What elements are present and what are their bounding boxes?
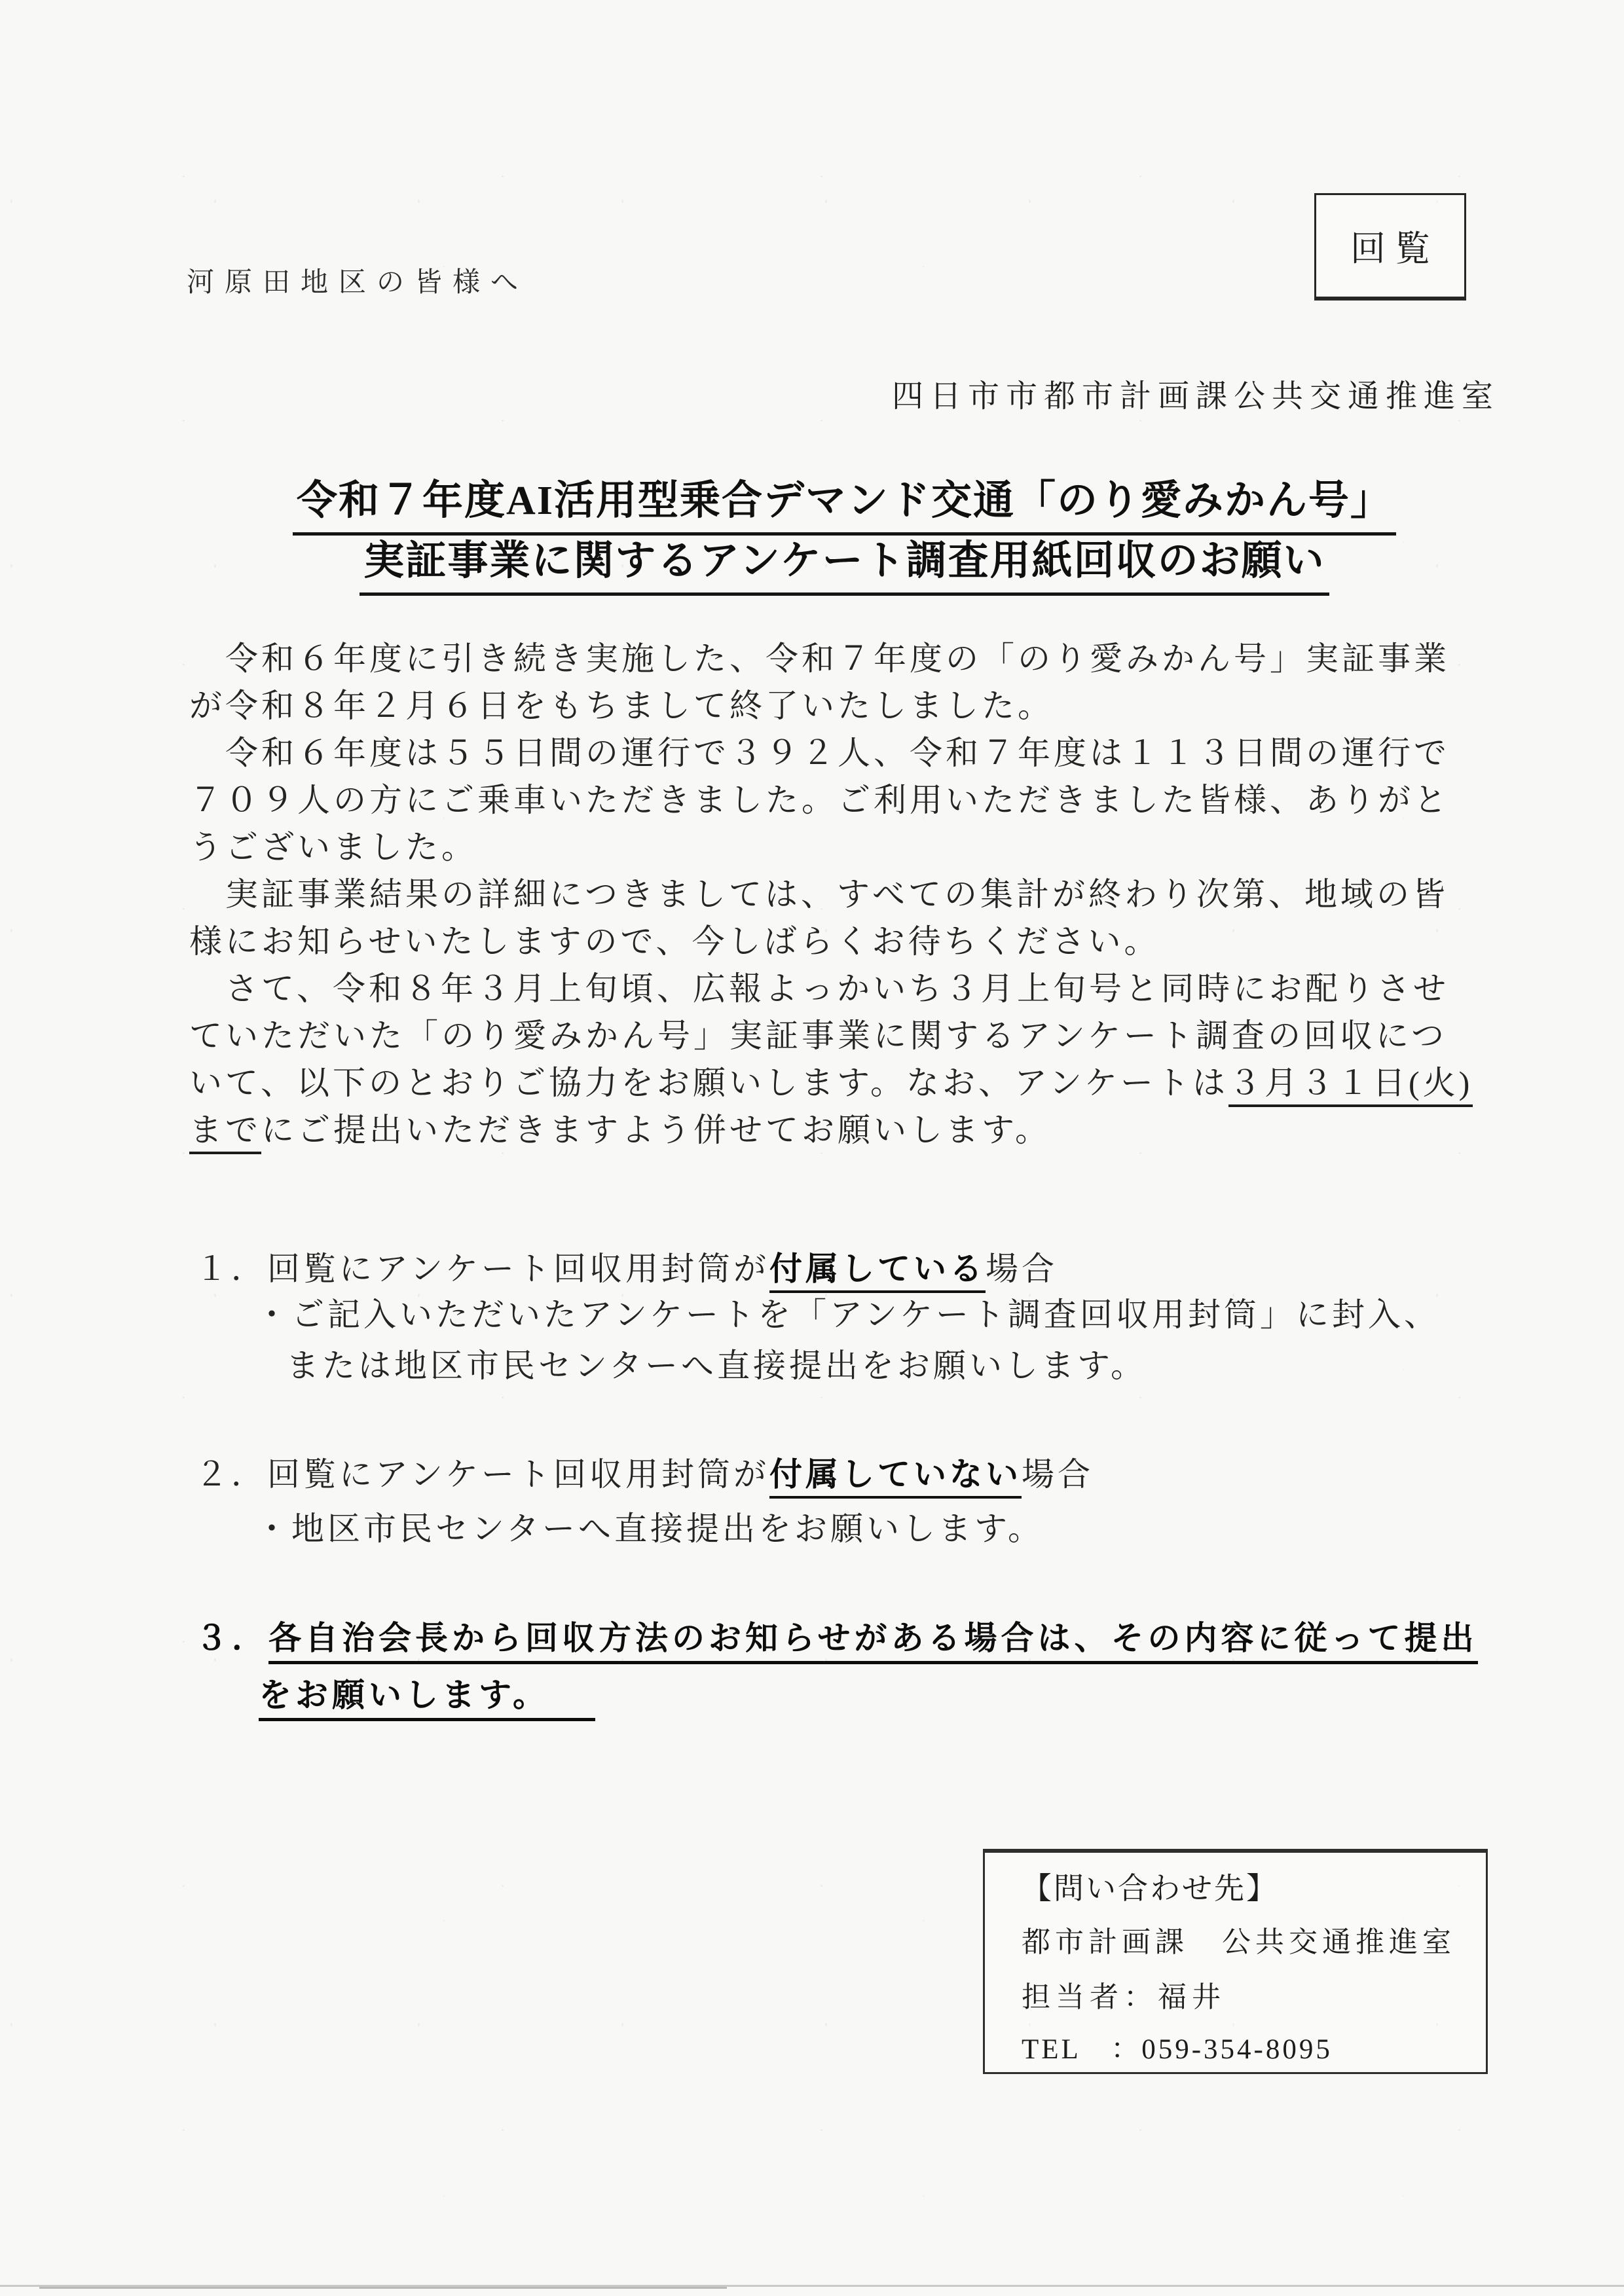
contact-heading: 【問い合わせ先】: [1022, 1865, 1278, 1908]
body-line-8: さて、令和８年３月上旬頃、広報よっかいち３月上旬号と同時にお配りさせ: [189, 962, 1449, 1010]
document-title-line-1-wrap: 令和７年度AI活用型乗合デマンド交通「のり愛みかん号」: [189, 467, 1500, 536]
list-item-3-line-1: ３．各自治会長から回収方法のお知らせがある場合は、その内容に従って提出: [195, 1612, 1478, 1659]
list-item-1-number: １．: [195, 1250, 267, 1287]
list-item-1-emphasis: 付属している: [769, 1250, 986, 1293]
body-line-3: 令和６年度は５５日間の運行で３９２人、令和７年度は１１３日間の運行で: [189, 727, 1450, 774]
body-line-4: ７０９人の方にご乗車いただきました。ご利用いただきました皆様、ありがと: [189, 774, 1450, 821]
list-item-1-pre: 回覧にアンケート回収用封筒が: [267, 1250, 769, 1287]
body-line-5: うございました。: [189, 821, 477, 868]
list-item-1-post: 場合: [986, 1250, 1058, 1287]
document-title-line-1: 令和７年度AI活用型乗合デマンド交通「のり愛みかん号」: [293, 467, 1396, 536]
list-item-1-heading: １．回覧にアンケート回収用封筒が付属している場合: [195, 1243, 1058, 1290]
document-title-line-2: 実証事業に関するアンケート調査用紙回収のお願い: [360, 528, 1329, 596]
list-item-2-heading: ２．回覧にアンケート回収用封筒が付属していない場合: [195, 1448, 1094, 1495]
contact-person: 担当者：福井: [1022, 1973, 1226, 2015]
document-title-line-2-wrap: 実証事業に関するアンケート調査用紙回収のお願い: [189, 528, 1500, 596]
list-item-1-bullet-line-2: または地区市民センターへ直接提出をお願いします。: [286, 1339, 1147, 1387]
body-line-7: 様にお知らせいたしますので、今しばらくお待ちください。: [189, 915, 1160, 962]
list-item-2-number: ２．: [195, 1456, 267, 1493]
list-item-3-number: ３．: [195, 1620, 268, 1656]
contact-phone: TEL ：059-354-8095: [1022, 2027, 1333, 2067]
list-item-2-emphasis: 付属していない: [769, 1456, 1022, 1499]
list-item-2-bullet-line-1: ・地区市民センターへ直接提出をお願いします。: [255, 1503, 1044, 1550]
list-item-1-bullet-line-1: ・ご記入いただいたアンケートを「アンケート調査回収用封筒」に封入、: [255, 1288, 1440, 1336]
circulation-stamp-box: 回覧: [1314, 193, 1466, 301]
scanned-notice-page: 河原田地区の皆様へ 回覧 四日市市都市計画課公共交通推進室 令和７年度AI活用型…: [0, 0, 1624, 2296]
body-line-6: 実証事業結果の詳細につきましては、すべての集計が終わり次第、地域の皆: [189, 868, 1449, 915]
contact-department: 都市計画課 公共交通推進室: [1022, 1918, 1456, 1960]
body-line-1: 令和６年度に引き続き実施した、令和７年度の「のり愛みかん号」実証事業: [189, 632, 1450, 680]
body-line-9: ていただいた「のり愛みかん号」実証事業に関するアンケート調査の回収につ: [189, 1010, 1447, 1057]
list-item-3-text-underlined: 各自治会長から回収方法のお知らせがある場合は、その内容に従って提出: [268, 1620, 1478, 1664]
contact-box: 【問い合わせ先】 都市計画課 公共交通推進室 担当者：福井 TEL ：059-3…: [983, 1849, 1488, 2074]
body-line-11-text: にご提出いただきますよう併せてお願いします。: [261, 1112, 1051, 1148]
list-item-2-pre: 回覧にアンケート回収用封筒が: [267, 1456, 769, 1493]
scan-edge-artifact-2: [39, 2287, 727, 2289]
body-line-11: までにご提出いただきますよう併せてお願いします。: [189, 1104, 1051, 1151]
list-item-3-line-2: をお願いします。: [259, 1669, 595, 1716]
recipient-line: 河原田地区の皆様へ: [187, 261, 528, 300]
body-line-2: が令和８年２月６日をもちまして終了いたしました。: [189, 680, 1054, 727]
list-item-2-post: 場合: [1022, 1456, 1094, 1493]
circulation-stamp-label: 回覧: [1350, 221, 1439, 271]
sender-line-wrap: 四日市市都市計画課公共交通推進室: [189, 371, 1500, 416]
body-line-10: いて、以下のとおりご協力をお願いします。なお、アンケートは３月３１日(火): [189, 1057, 1473, 1104]
list-item-3-text-2-underlined: をお願いします。: [259, 1677, 595, 1721]
deadline-date-underlined: ３月３１日(火): [1228, 1065, 1473, 1107]
deadline-made-underlined: まで: [189, 1112, 261, 1154]
body-line-10-text: いて、以下のとおりご協力をお願いします。なお、アンケートは: [189, 1065, 1228, 1101]
sender-line: 四日市市都市計画課公共交通推進室: [892, 379, 1500, 414]
